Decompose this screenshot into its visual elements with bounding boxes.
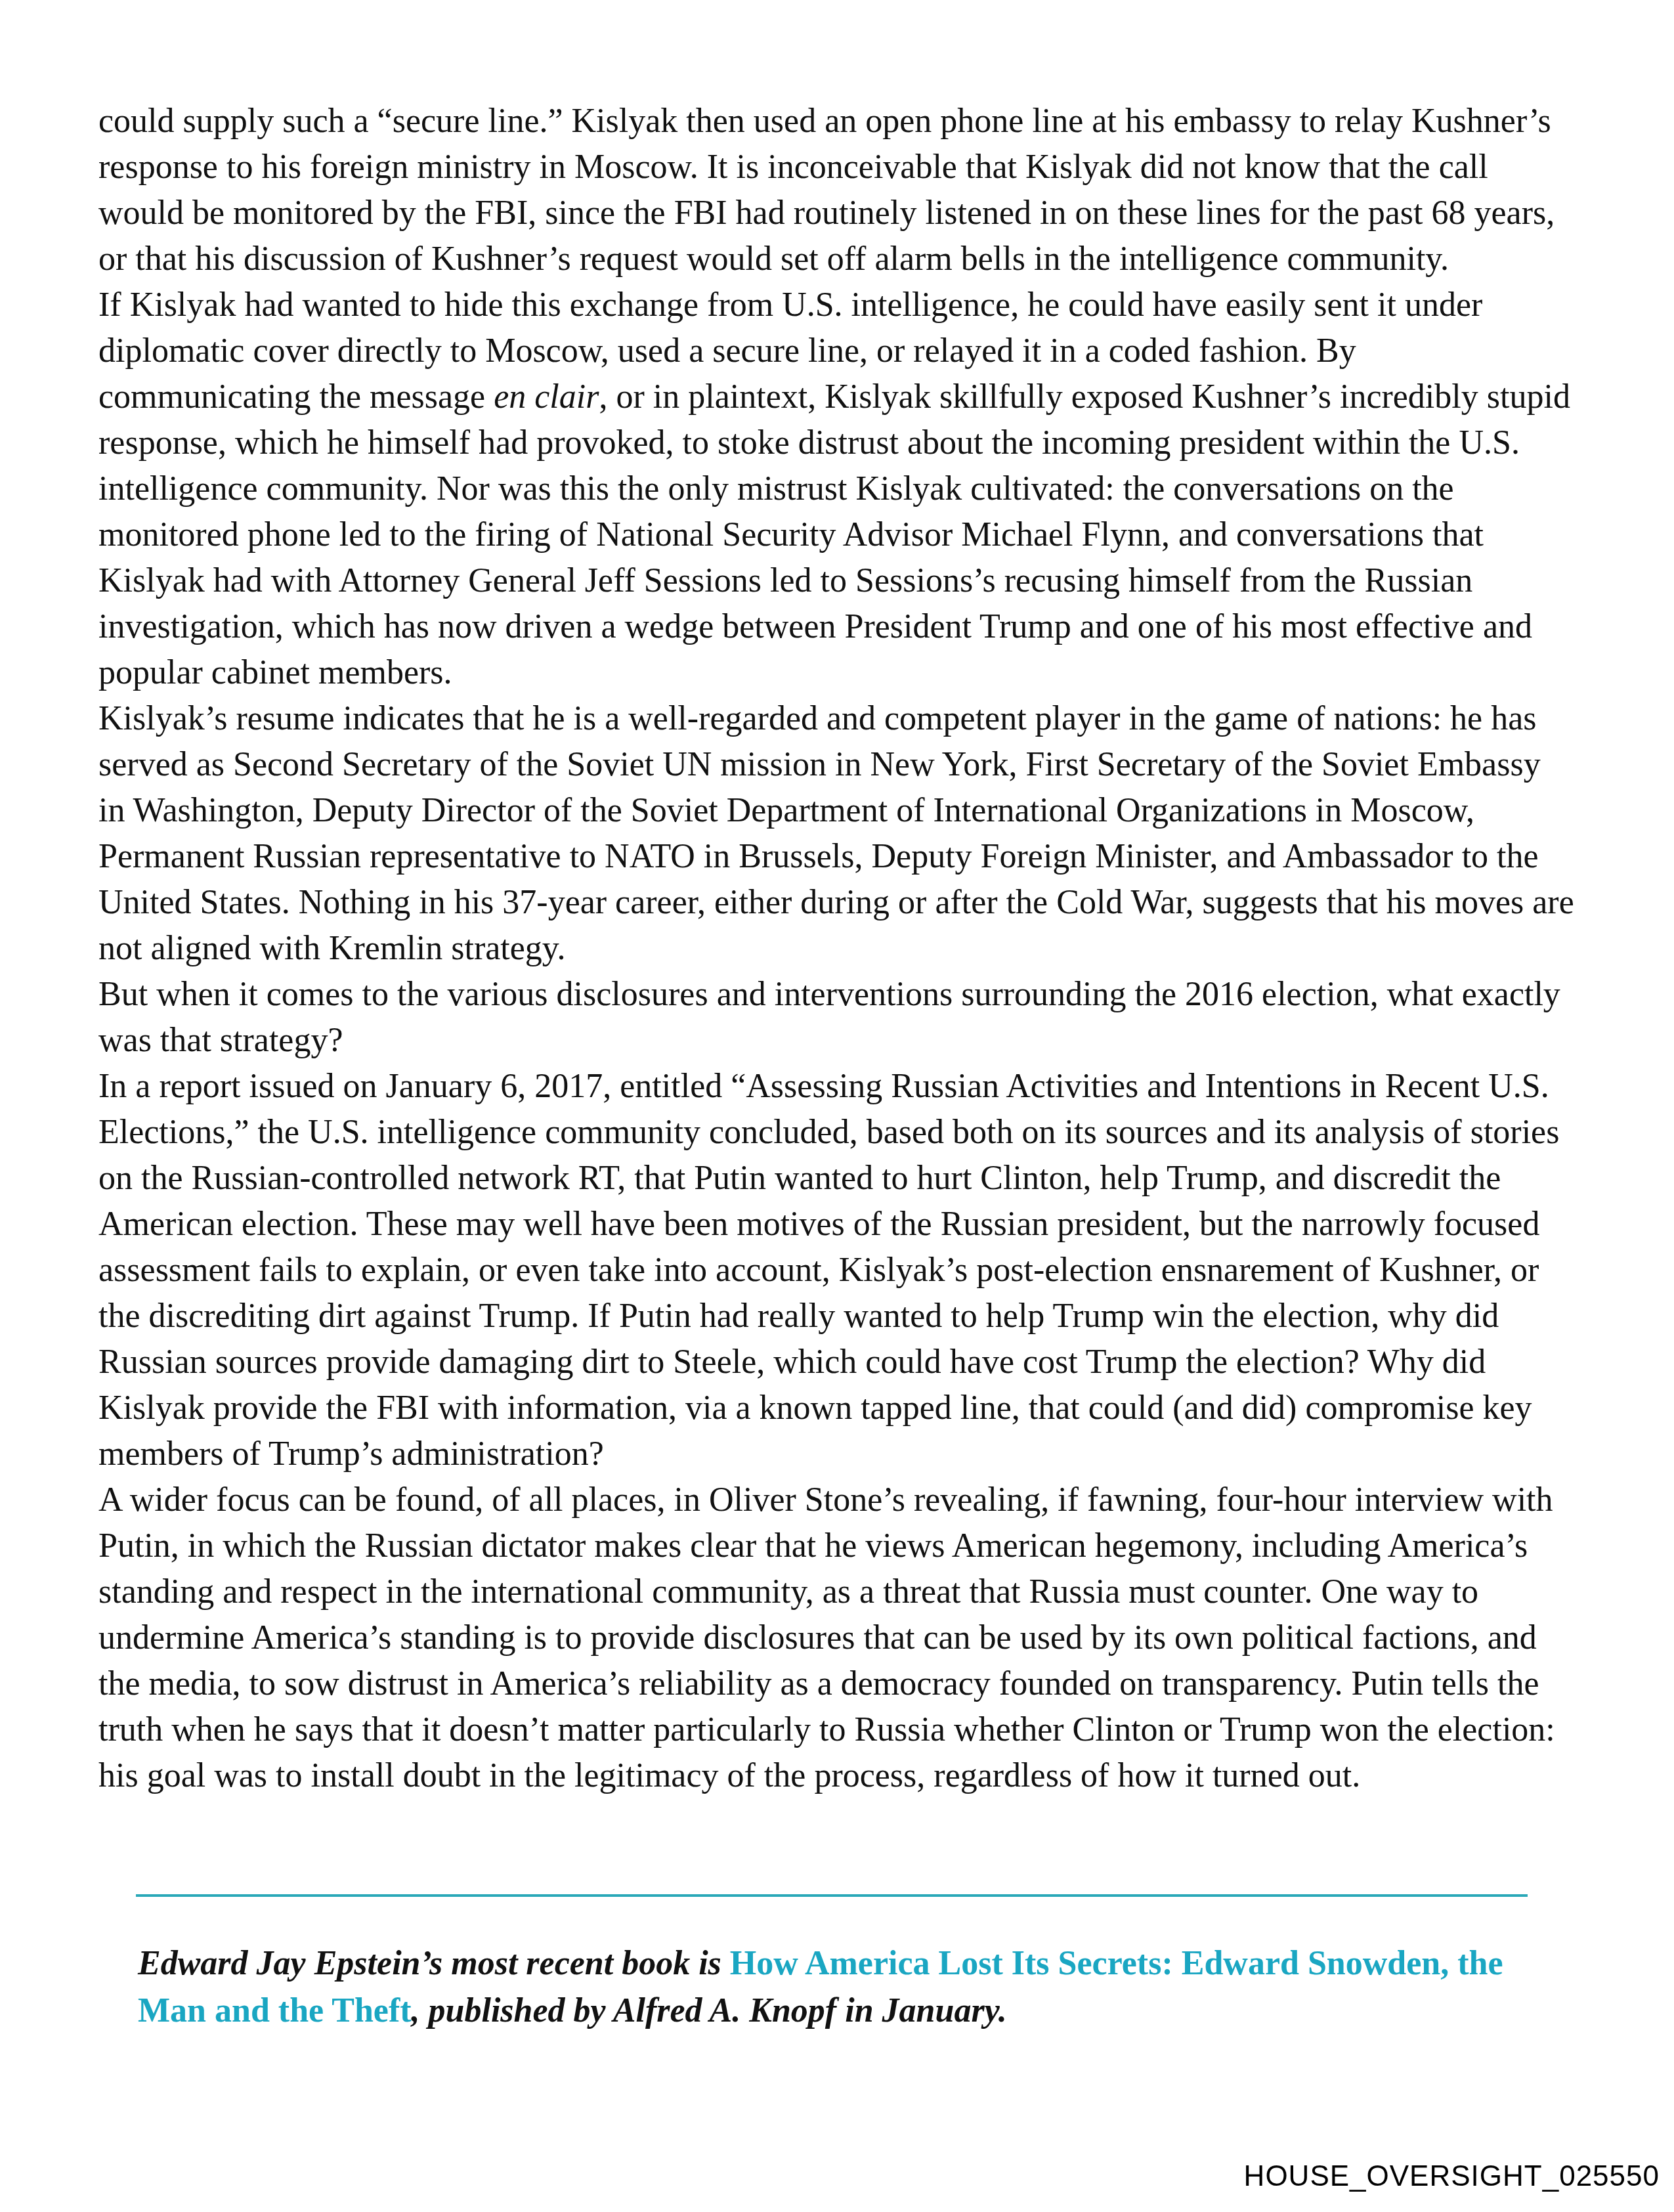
paragraph-5: In a report issued on January 6, 2017, e… <box>98 1064 1576 1477</box>
article-body: could supply such a “secure line.” Kisly… <box>98 98 1576 1799</box>
paragraph-2-part-2: , or in plaintext, Kislyak skillfully ex… <box>98 378 1570 691</box>
byline-prefix: Edward Jay Epstein’s most recent book is <box>138 1945 730 1982</box>
bates-number: HOUSE_OVERSIGHT_025550 <box>1244 2160 1660 2193</box>
byline-suffix: , published by Alfred A. Knopf in Januar… <box>412 1992 1007 2029</box>
paragraph-4: But when it comes to the various disclos… <box>98 972 1576 1064</box>
paragraph-2: If Kislyak had wanted to hide this excha… <box>98 282 1576 696</box>
en-clair-italic: en clair <box>494 378 599 416</box>
paragraph-1: could supply such a “secure line.” Kisly… <box>98 98 1576 282</box>
paragraph-3: Kislyak’s resume indicates that he is a … <box>98 696 1576 972</box>
section-divider <box>136 1894 1528 1897</box>
author-byline: Edward Jay Epstein’s most recent book is… <box>138 1940 1516 2035</box>
paragraph-6: A wider focus can be found, of all place… <box>98 1477 1576 1799</box>
